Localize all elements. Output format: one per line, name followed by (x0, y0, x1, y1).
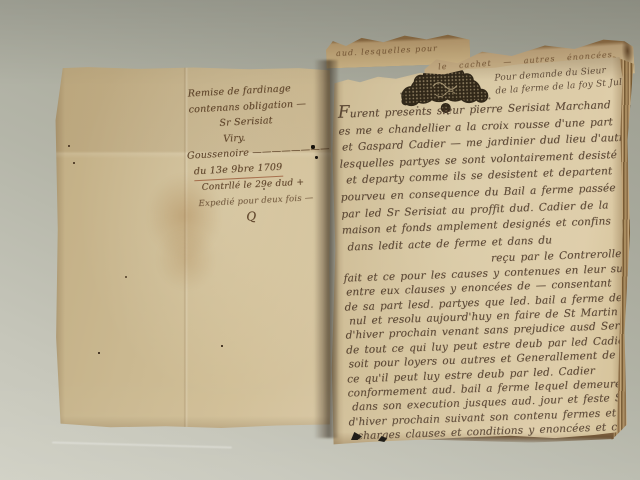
right-page-content: Pour demande du Sieur de la ferme de la … (322, 46, 635, 448)
manuscript-photo: aud. lesquelles pour le cachet — autres … (0, 0, 640, 480)
paper-specks (55, 66, 57, 68)
annotation-line: Viry. (223, 130, 246, 147)
background-scratch (52, 441, 232, 448)
annotation-line: Sr Serisiat (219, 113, 273, 131)
annotation-paraph: Q (246, 209, 257, 225)
paper-stain (157, 228, 215, 290)
fragment-text: aud. lesquelles pour (336, 44, 438, 58)
right-page: Pour demande du Sieur de la ferme de la … (330, 54, 630, 446)
left-page: Remise de fardinage contenans obligation… (55, 66, 332, 428)
manuscript-body: Furent presents sieur pierre Serisiat Ma… (338, 96, 630, 444)
stamp-side-note: Pour demande du Sieur de la ferme de la … (494, 63, 635, 99)
